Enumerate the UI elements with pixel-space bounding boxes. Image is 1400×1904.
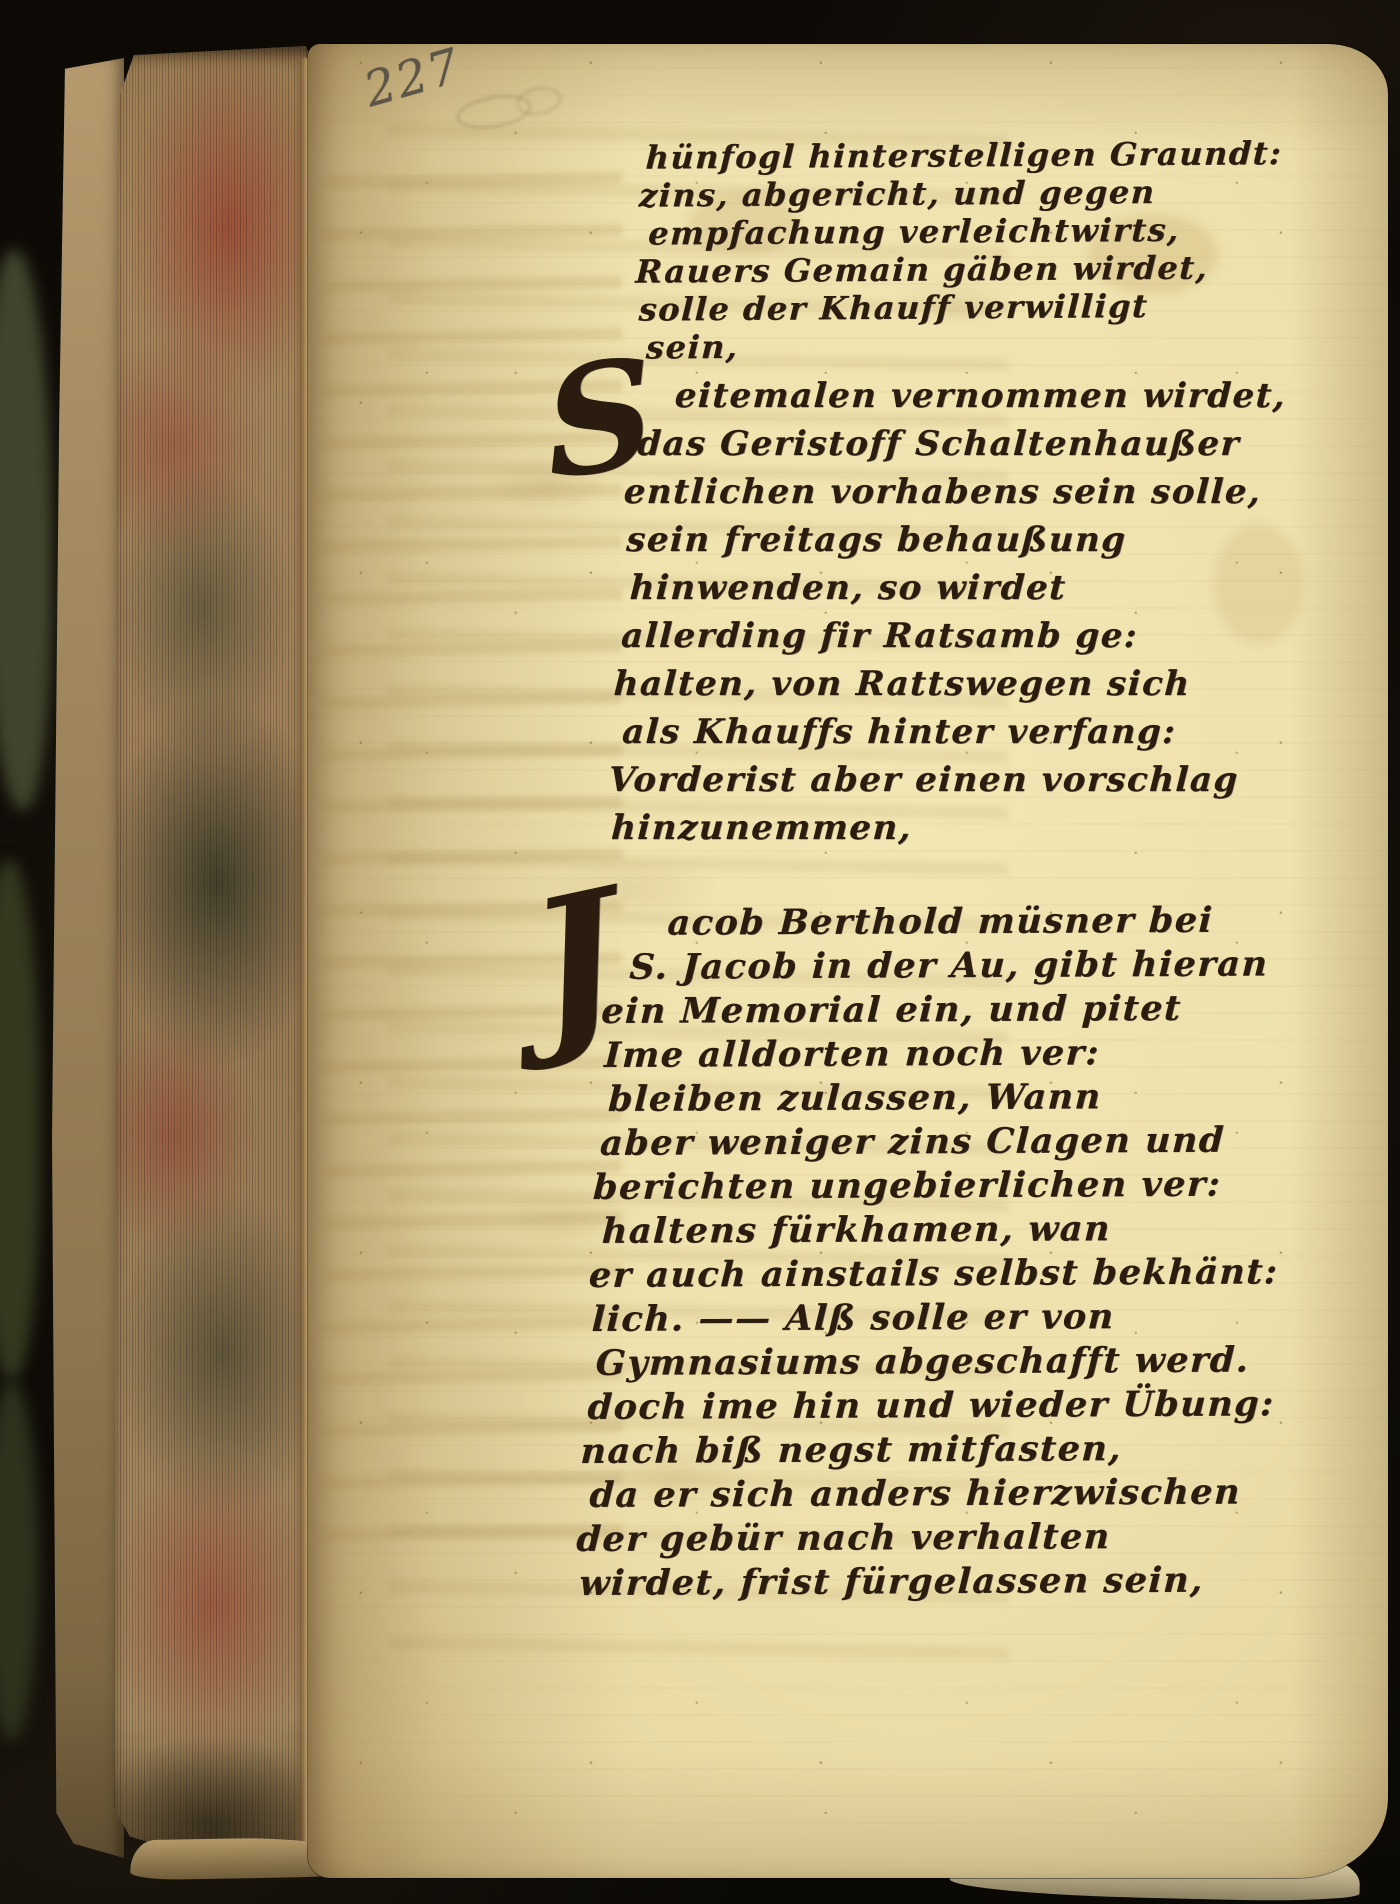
manuscript-line: lich. —— Alß solle er von: [591, 1294, 1342, 1342]
manuscript-line: solle der Khauff verwilligt: [638, 285, 1388, 328]
manuscript-line: als Khauffs hinter verfang:: [621, 708, 1373, 756]
manuscript-line: Ime alldorten noch ver:: [603, 1030, 1354, 1078]
paragraph-1: hünfogl hinterstelligen Graundt:zins, ab…: [631, 133, 1388, 366]
manuscript-line: empfachung verleichtwirts,: [647, 209, 1388, 252]
manuscript-line: doch ime hin und wieder Übung:: [587, 1382, 1338, 1430]
binding-cloth-fold: [0, 860, 40, 1380]
manuscript-line: berichten ungebierlichen ver:: [592, 1162, 1348, 1210]
manuscript-line: da er sich anders hierzwischen: [588, 1470, 1333, 1518]
binding-cloth-fold: [0, 250, 52, 810]
manuscript-line: halten, von Rattswegen sich: [612, 660, 1375, 708]
folio-page-number: 227: [358, 44, 467, 118]
manuscript-line: ein Memorial ein, und pitet: [600, 986, 1356, 1034]
manuscript-line: sein,: [645, 323, 1388, 366]
binding-cloth-fold: [0, 1380, 39, 1740]
paragraph-2: Seitemalen vernommen wirdet,das Geristof…: [605, 372, 1388, 852]
manuscript-line: Gymnasiums abgeschafft werd.: [595, 1338, 1340, 1386]
manuscript-line: acob Berthold müsner bei: [666, 898, 1360, 946]
manuscript-line: bleiben zulassen, Wann: [607, 1074, 1352, 1122]
manuscript-line: er auch ainstails selbst bekhänt:: [588, 1250, 1344, 1298]
manuscript-line: wirdet, frist fürgelassen sein,: [578, 1558, 1329, 1606]
manuscript-line: zins, abgericht, und gegen: [638, 171, 1388, 214]
flourished-initial: J: [520, 865, 633, 1059]
book-fore-edge: [114, 46, 312, 1862]
manuscript-page: 227 hünfogl hinterstelligen Graundt:zins…: [308, 44, 1388, 1878]
manuscript-text: hünfogl hinterstelligen Graundt:zins, ab…: [566, 136, 1388, 1604]
manuscript-line: nach biß negst mitfasten,: [580, 1426, 1336, 1474]
faint-scribble: [454, 90, 534, 135]
manuscript-line: haltens fürkhamen, wan: [601, 1206, 1346, 1254]
manuscript-line: hinwenden, so wirdet: [629, 564, 1381, 612]
archive-photo-background: 227 hünfogl hinterstelligen Graundt:zins…: [0, 0, 1400, 1904]
vellum-cover-edge: [52, 58, 124, 1858]
paragraph-3: Jacob Berthold müsner beiS. Jacob in der…: [573, 898, 1360, 1606]
manuscript-line: sein freitags behaußung: [625, 516, 1383, 564]
manuscript-line: entlichen vorhabens sein solle,: [623, 468, 1386, 516]
manuscript-line: S. Jacob in der Au, gibt hieran: [628, 942, 1358, 990]
manuscript-line: das Geristoff Schaltenhaußer: [636, 420, 1388, 468]
manuscript-line: aber weniger zins Clagen und: [599, 1118, 1350, 1166]
manuscript-line: Rauers Gemain gäben wirdet,: [635, 247, 1388, 290]
manuscript-line: hinzunemmen,: [610, 804, 1368, 852]
manuscript-line: der gebür nach verhalten: [575, 1514, 1331, 1562]
manuscript-line: Vorderist aber einen vorschlag: [607, 756, 1370, 804]
manuscript-line: eitemalen vernommen wirdet,: [674, 372, 1388, 420]
manuscript-line: hünfogl hinterstelligen Graundt:: [645, 133, 1388, 176]
flourished-initial: S: [539, 337, 660, 501]
manuscript-line: allerding fir Ratsamb ge:: [620, 612, 1378, 660]
